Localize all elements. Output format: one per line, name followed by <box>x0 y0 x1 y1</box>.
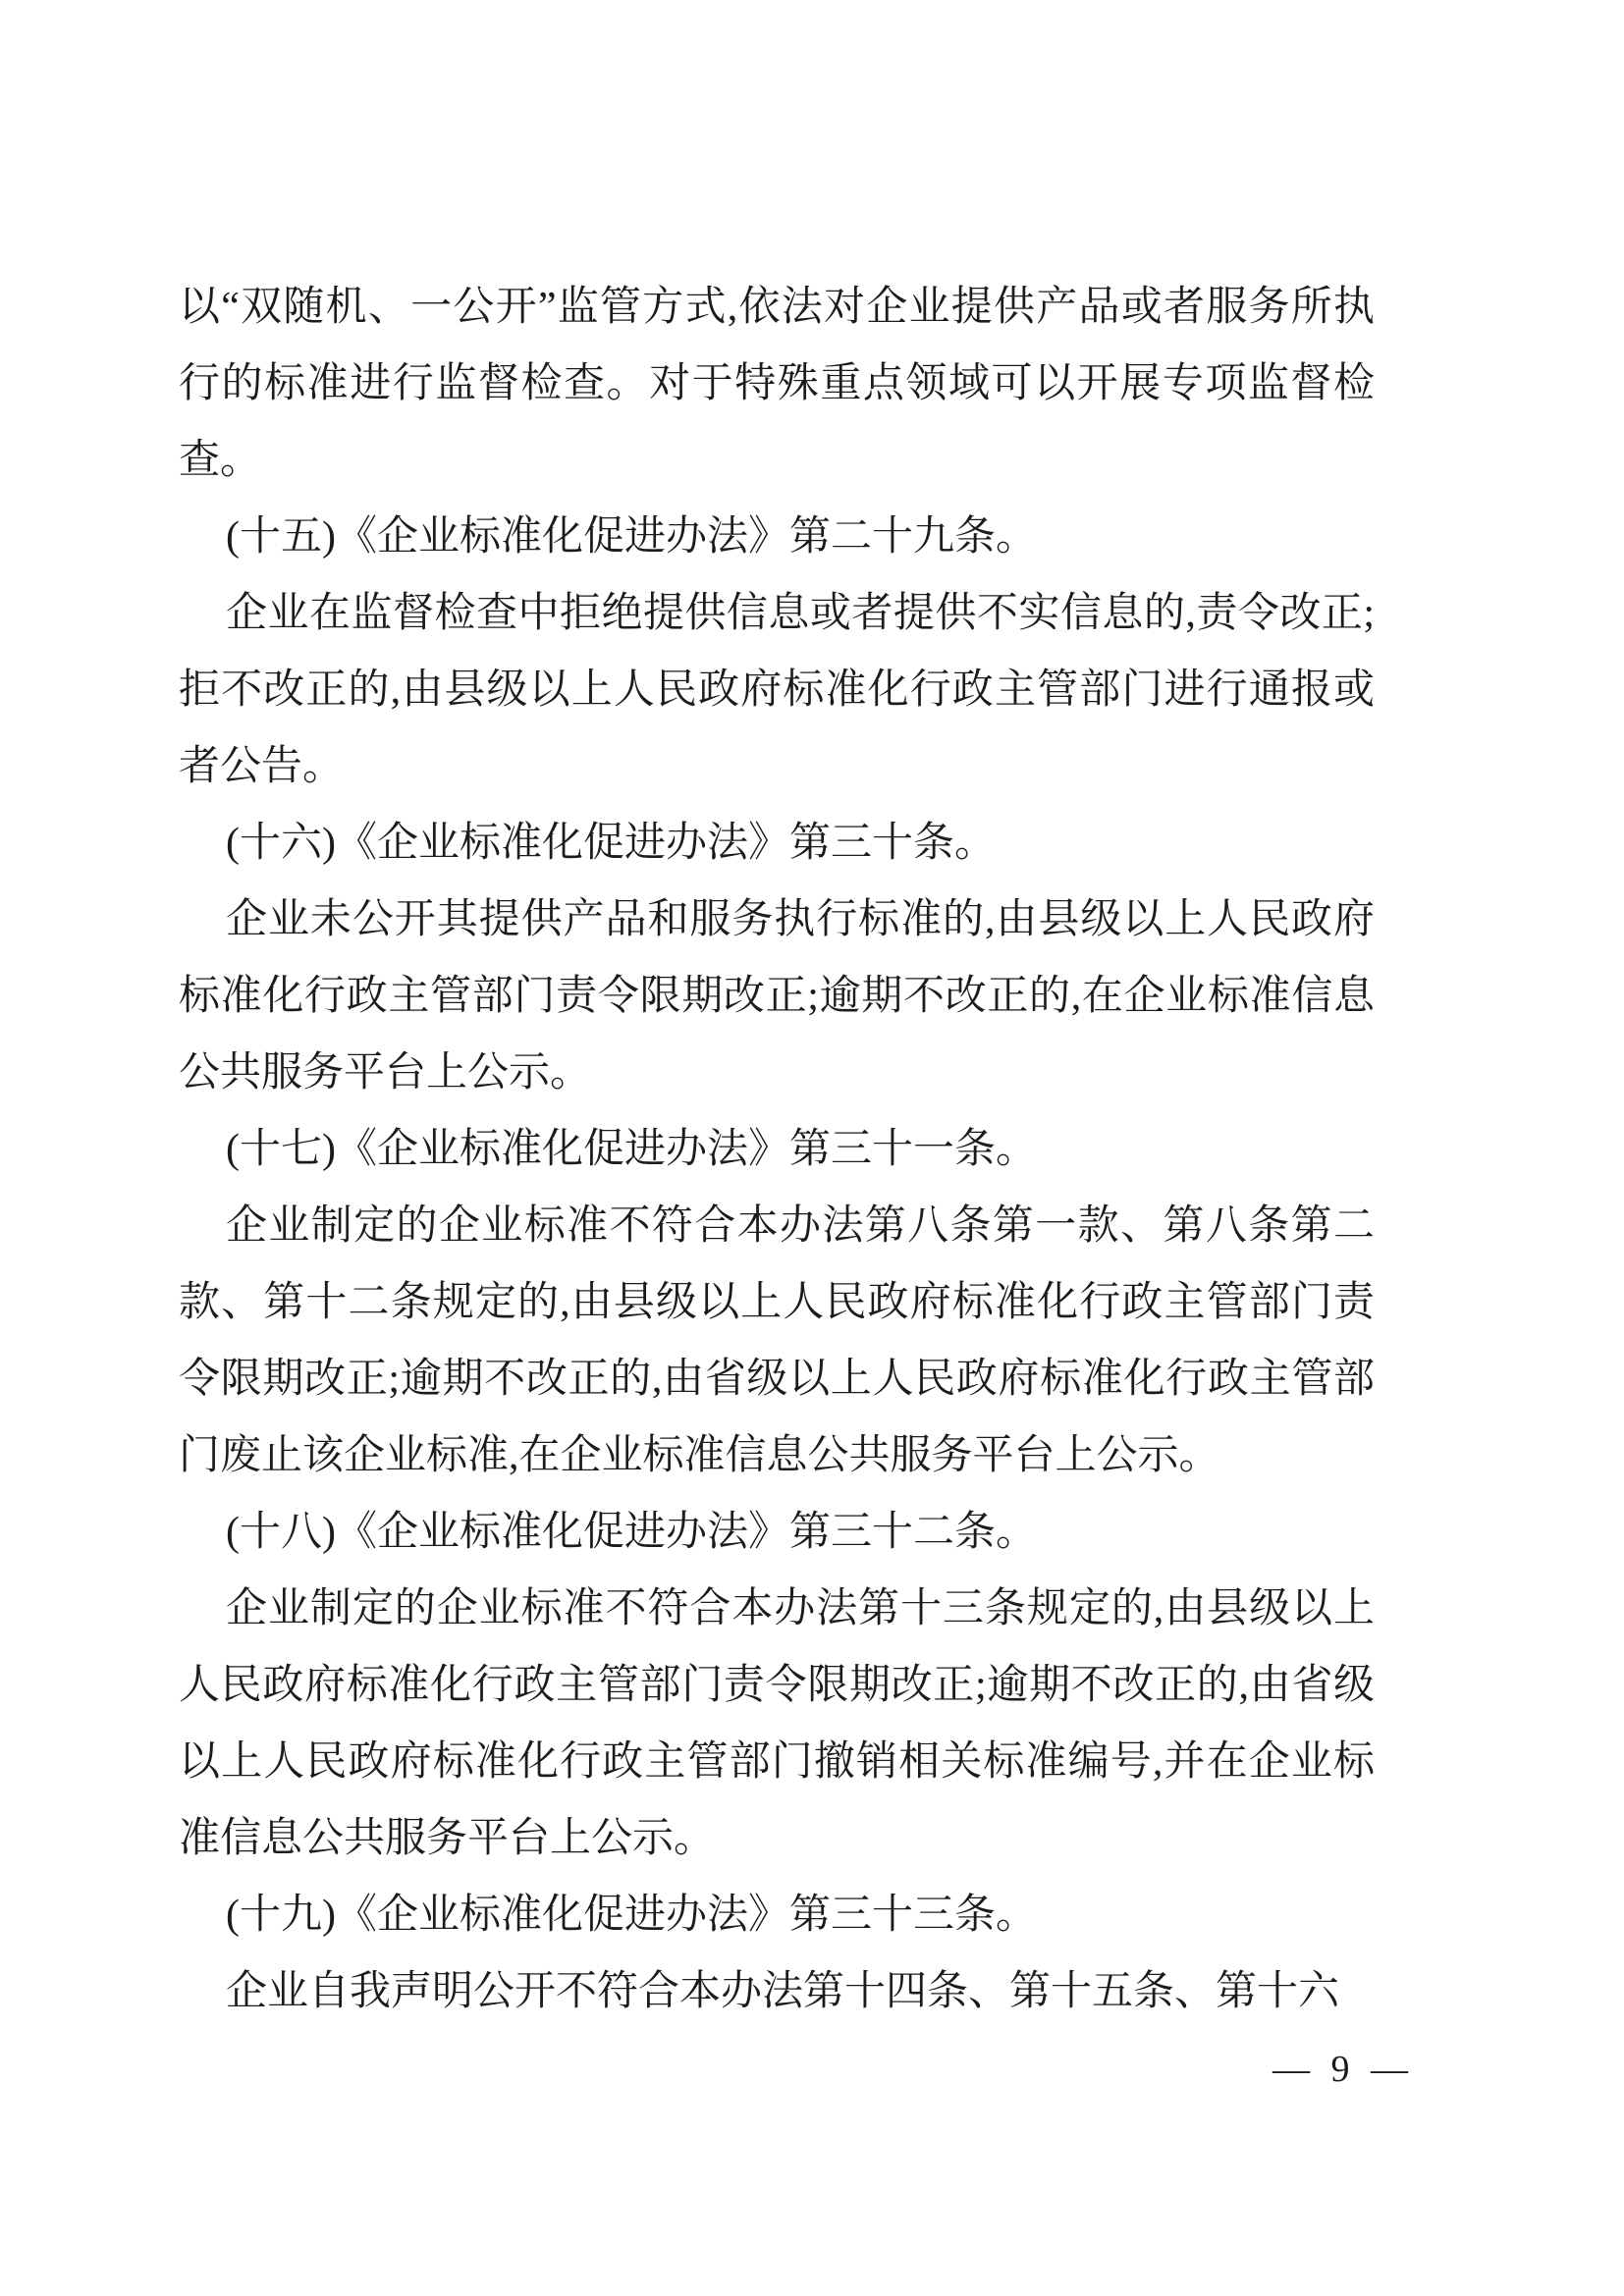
body-paragraph: 企业在监督检查中拒绝提供信息或者提供不实信息的,责令改正;拒不改正的,由县级以上… <box>179 575 1375 805</box>
item-heading: (十六)《企业标准化促进办法》第三十条。 <box>179 805 1375 881</box>
body-paragraph: 企业未公开其提供产品和服务执行标准的,由县级以上人民政府标准化行政主管部门责令限… <box>179 881 1375 1111</box>
body-paragraph: 企业自我声明公开不符合本办法第十四条、第十五条、第十六 <box>179 1953 1375 2030</box>
text-block: 以“双随机、一公开”监管方式,依法对企业提供产品或者服务所执行的标准进行监督检查… <box>179 269 1375 2030</box>
item-heading: (十九)《企业标准化促进办法》第三十三条。 <box>179 1877 1375 1953</box>
item-heading: (十七)《企业标准化促进办法》第三十一条。 <box>179 1111 1375 1188</box>
page-number: — 9 — <box>1272 2048 1414 2091</box>
body-paragraph: 企业制定的企业标准不符合本办法第八条第一款、第八条第二款、第十二条规定的,由县级… <box>179 1188 1375 1494</box>
document-page: 以“双随机、一公开”监管方式,依法对企业提供产品或者服务所执行的标准进行监督检查… <box>0 0 1624 2296</box>
item-heading: (十八)《企业标准化促进办法》第三十二条。 <box>179 1494 1375 1571</box>
body-paragraph: 以“双随机、一公开”监管方式,依法对企业提供产品或者服务所执行的标准进行监督检查… <box>179 269 1375 499</box>
body-paragraph: 企业制定的企业标准不符合本办法第十三条规定的,由县级以上人民政府标准化行政主管部… <box>179 1571 1375 1877</box>
item-heading: (十五)《企业标准化促进办法》第二十九条。 <box>179 499 1375 575</box>
